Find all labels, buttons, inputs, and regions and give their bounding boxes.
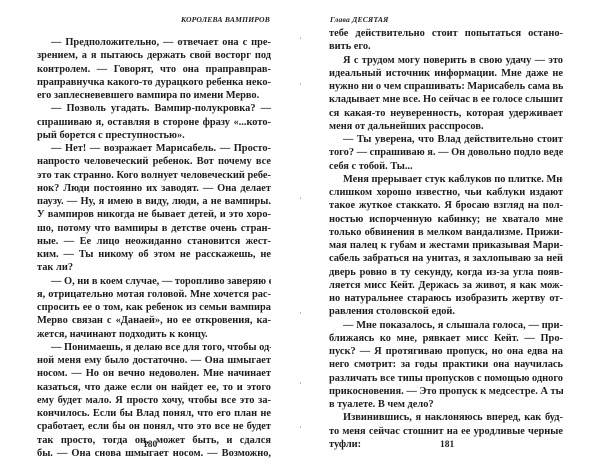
right-running-head: Глава ДЕСЯТАЯ: [330, 15, 389, 24]
left-page: КОРОЛЕВА ВАМПИРОВ — Предположительно, — …: [0, 0, 296, 469]
text-line: Мерво связан с «Данаей», но ее откровени…: [37, 314, 271, 327]
text-line: нужно ни о чем спрашивать: Марисабель са…: [329, 80, 563, 93]
text-line: ближаясь ко мне, рявкает мисс Кейт. — Пр…: [329, 332, 563, 345]
text-line: зрением, а я пытаюсь держать свой востор…: [37, 49, 271, 62]
text-line: того? — спрашиваю я. — Он довольно подло…: [329, 146, 563, 159]
text-line: дверь ровно в ту секунду, когда из-за уг…: [329, 266, 563, 279]
text-line: ляется мисс Кейт. Держась за живот, я ка…: [329, 279, 563, 292]
text-line: носом. — Но он вечно недоволен. Мне начи…: [37, 367, 271, 380]
text-line: паузу. — Ну, я имею в виду, люди, а не в…: [37, 195, 271, 208]
text-line: такое жуткое стаккато. Я бросаю взгляд н…: [329, 199, 563, 212]
text-line: слишком хорошо известно, чьи каблуки изд…: [329, 186, 563, 199]
text-line: — Понимаешь, я делаю все для того, чтобы…: [37, 341, 271, 354]
text-line: в туалете. В чем дело?: [329, 398, 563, 411]
text-line: напросто человеческий ребенок. Вот почем…: [37, 155, 271, 168]
text-line: нок? Люди постоянно их заводят. — Она де…: [37, 182, 271, 195]
text-line: равления столовской едой.: [329, 305, 563, 318]
gutter-speck: [300, 426, 301, 428]
text-line: то меня сейчас стошнит на ее уродливые ч…: [329, 425, 563, 438]
text-line: вить его.: [329, 40, 563, 53]
text-line: ему будет мало. Я просто хочу, чтобы все…: [37, 394, 271, 407]
text-line: — Мне показалось, я слышала голоса, — пр…: [329, 319, 563, 332]
text-line: но натуральнее стараюсь изобразить жертв…: [329, 292, 563, 305]
right-page-body: тебе действительно стоит попытаться оста…: [329, 27, 563, 451]
text-line: — Нет! — возражает Марисабель. — Просто-: [37, 142, 271, 155]
right-page-number: 181: [440, 440, 454, 450]
text-line: — О, ни в коем случае, — торопливо завер…: [37, 275, 271, 288]
gutter-speck: [300, 382, 301, 384]
left-page-number: 180: [143, 440, 157, 450]
text-line: так ли?: [37, 261, 271, 274]
book-spread: КОРОЛЕВА ВАМПИРОВ — Предположительно, — …: [0, 0, 593, 469]
text-line: шо, потому что вампиры в детстве очень с…: [37, 222, 271, 235]
text-line: — Позволь угадать. Вампир-полукровка? —: [37, 102, 271, 115]
text-line: него смотрит: за годы практики она научи…: [329, 358, 563, 371]
text-line: ностью испорченную кабинку; не хватало м…: [329, 213, 563, 226]
text-line: себя с тобой. Ты...: [329, 160, 563, 173]
text-line: я, отрицательно мотая головой. Мне хочет…: [37, 288, 271, 301]
gutter-speck: [300, 312, 301, 314]
text-line: прикосновения. — Это пропуск к медсестре…: [329, 385, 563, 398]
text-line: сработает, если бы он понял, что это все…: [37, 420, 271, 433]
text-line: ся какая-то неуверенность, которая удерж…: [329, 107, 563, 120]
text-line: Меня прерывает стук каблуков по плитке. …: [329, 173, 563, 186]
gutter-speck: [300, 37, 301, 39]
text-line: рый борется с преступностью».: [37, 129, 271, 142]
text-line: идеальный источник информации. Мне даже …: [329, 67, 563, 80]
text-line: кладывает мне все. Но сейчас в ее голосе…: [329, 93, 563, 106]
text-line: только обвинения в мелком вандализме. Пр…: [329, 226, 563, 239]
text-line: контролем. — Говорят, что она праправпра…: [37, 63, 271, 76]
text-line: ной меня ему было достаточно. — Она шмыг…: [37, 354, 271, 367]
text-line: сабель забраться на унитаз, я захлопываю…: [329, 252, 563, 265]
gutter-speck: [300, 83, 301, 85]
text-line: спрашиваю я, оставляя в стороне фразу «.…: [37, 116, 271, 129]
text-line: казаться, что даже если он найдет ее, то…: [37, 381, 271, 394]
text-line: меня от дальнейших расспросов.: [329, 120, 563, 133]
text-line: различать все типы пропусков с помощью о…: [329, 372, 563, 385]
text-line: мая палец к губам и жестами приказывая М…: [329, 239, 563, 252]
text-line: жется, начинают подходить к концу.: [37, 328, 271, 341]
text-line: это так странно. Кого волнует человеческ…: [37, 169, 271, 182]
text-line: — Ты уверена, что Влад действительно сто…: [329, 133, 563, 146]
left-running-head: КОРОЛЕВА ВАМПИРОВ: [181, 15, 270, 24]
text-line: кончилось. Если бы Влад понял, что его п…: [37, 407, 271, 420]
text-line: — Предположительно, — отвечает она с пре…: [37, 36, 271, 49]
text-line: Извинившись, я наклоняюсь вперед, как бу…: [329, 411, 563, 424]
text-line: Я с трудом могу поверить в свою удачу — …: [329, 54, 563, 67]
left-page-body: — Предположительно, — отвечает она с пре…: [37, 36, 271, 460]
gutter-speck: [300, 197, 301, 199]
text-line: ные. — Ее лицо неожиданно становится жес…: [37, 235, 271, 248]
text-line: тебе действительно стоит попытаться оста…: [329, 27, 563, 40]
right-page: Глава ДЕСЯТАЯ тебе действительно стоит п…: [296, 0, 593, 469]
text-line: праправнучка какого-то дурацкого ребенка…: [37, 76, 271, 89]
text-line: его заплесневевшего вампира по имени Мер…: [37, 89, 271, 102]
text-line: пуск? — Я протягиваю пропуск, но она едв…: [329, 345, 563, 358]
text-line: ким. — Ты никому об этом не расскажешь, …: [37, 248, 271, 261]
text-line: спросить ее о том, как ребенок из семьи …: [37, 301, 271, 314]
text-line: У вампиров никогда не бывает детей, и эт…: [37, 208, 271, 221]
